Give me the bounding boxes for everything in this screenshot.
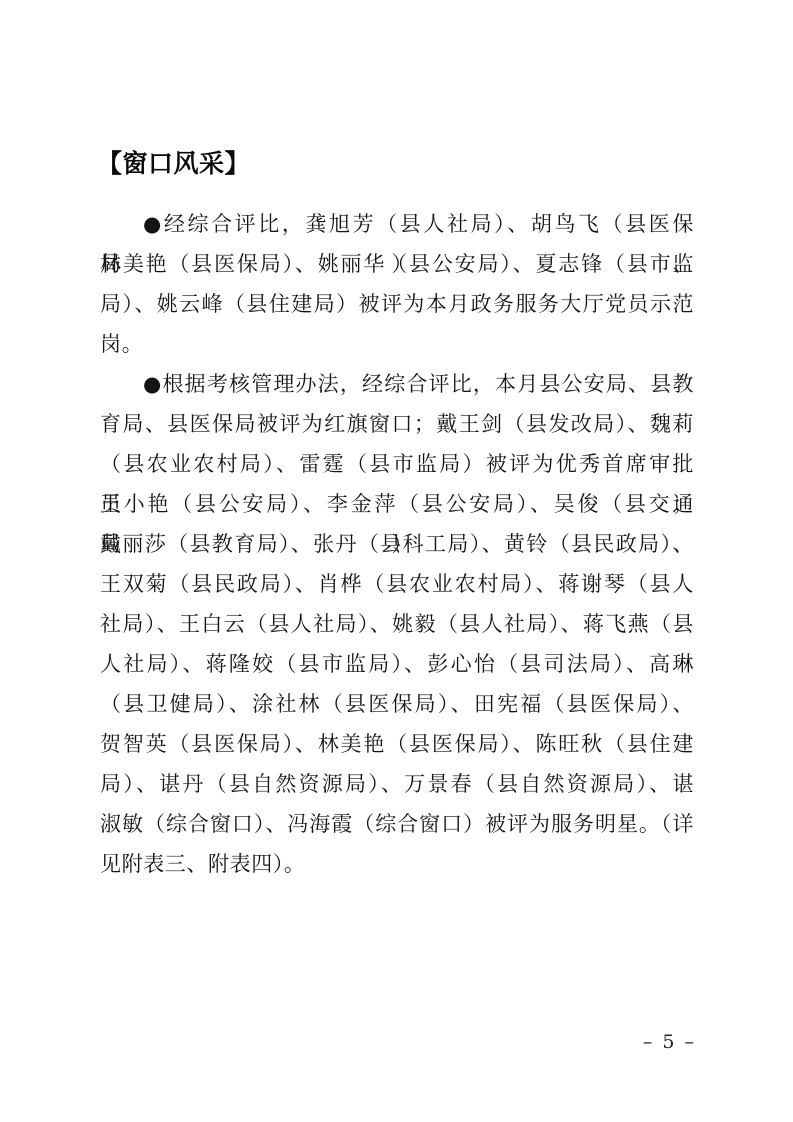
- paragraph-2-line-1: ●根据考核管理办法，经综合评比，本月县公安局、县教: [100, 364, 694, 404]
- section-heading: 【窗口风采】: [97, 144, 250, 180]
- paragraph-2-line-12: 淑敏（综合窗口）、冯海霞（综合窗口）被评为服务明星。（详: [100, 804, 694, 844]
- paragraph-2-line-13: 见附表三、附表四）。: [100, 844, 694, 884]
- paragraph-1-line-4: 岗。: [100, 324, 694, 364]
- paragraph-2-line-4: 王小艳（县公安局）、李金萍（县公安局）、吴俊（县交通局）、: [100, 484, 694, 524]
- paragraph-2-line-2: 育局、县医保局被评为红旗窗口；戴王剑（县发改局）、魏莉: [100, 404, 694, 444]
- paragraph-2-line-3: （县农业农村局）、雷霆（县市监局）被评为优秀首席审批员；: [100, 444, 694, 484]
- paragraph-1-line-2: 林美艳（县医保局）、姚丽华（县公安局）、夏志锋（县市监: [100, 244, 694, 284]
- paragraph-2-line-6: 王双菊（县民政局）、肖桦（县农业农村局）、蒋谢琴（县人: [100, 564, 694, 604]
- paragraph-1-line-1: ●经综合评比，龚旭芳（县人社局）、胡鸟飞（县医保局）、: [100, 204, 694, 244]
- paragraph-2-line-8: 人社局）、蒋隆姣（县市监局）、彭心怡（县司法局）、高琳: [100, 644, 694, 684]
- page-number: – 5 –: [643, 1028, 696, 1056]
- paragraph-2-line-7: 社局）、王白云（县人社局）、姚毅（县人社局）、蒋飞燕（县: [100, 604, 694, 644]
- paragraph-2-line-11: 局）、谌丹（县自然资源局）、万景春（县自然资源局）、谌: [100, 764, 694, 804]
- paragraph-2-line-10: 贺智英（县医保局）、林美艳（县医保局）、陈旺秋（县住建: [100, 724, 694, 764]
- paragraph-2-line-9: （县卫健局）、涂社林（县医保局）、田宪福（县医保局）、: [100, 684, 694, 724]
- paragraph-1-line-3: 局）、姚云峰（县住建局）被评为本月政务服务大厅党员示范: [100, 284, 694, 324]
- document-page: 【窗口风采】 ●经综合评比，龚旭芳（县人社局）、胡鸟飞（县医保局）、 林美艳（县…: [0, 0, 793, 1122]
- document-body: ●经综合评比，龚旭芳（县人社局）、胡鸟飞（县医保局）、 林美艳（县医保局）、姚丽…: [100, 204, 694, 884]
- paragraph-2-line-5: 戴丽莎（县教育局）、张丹（县科工局）、黄铃（县民政局）、: [100, 524, 694, 564]
